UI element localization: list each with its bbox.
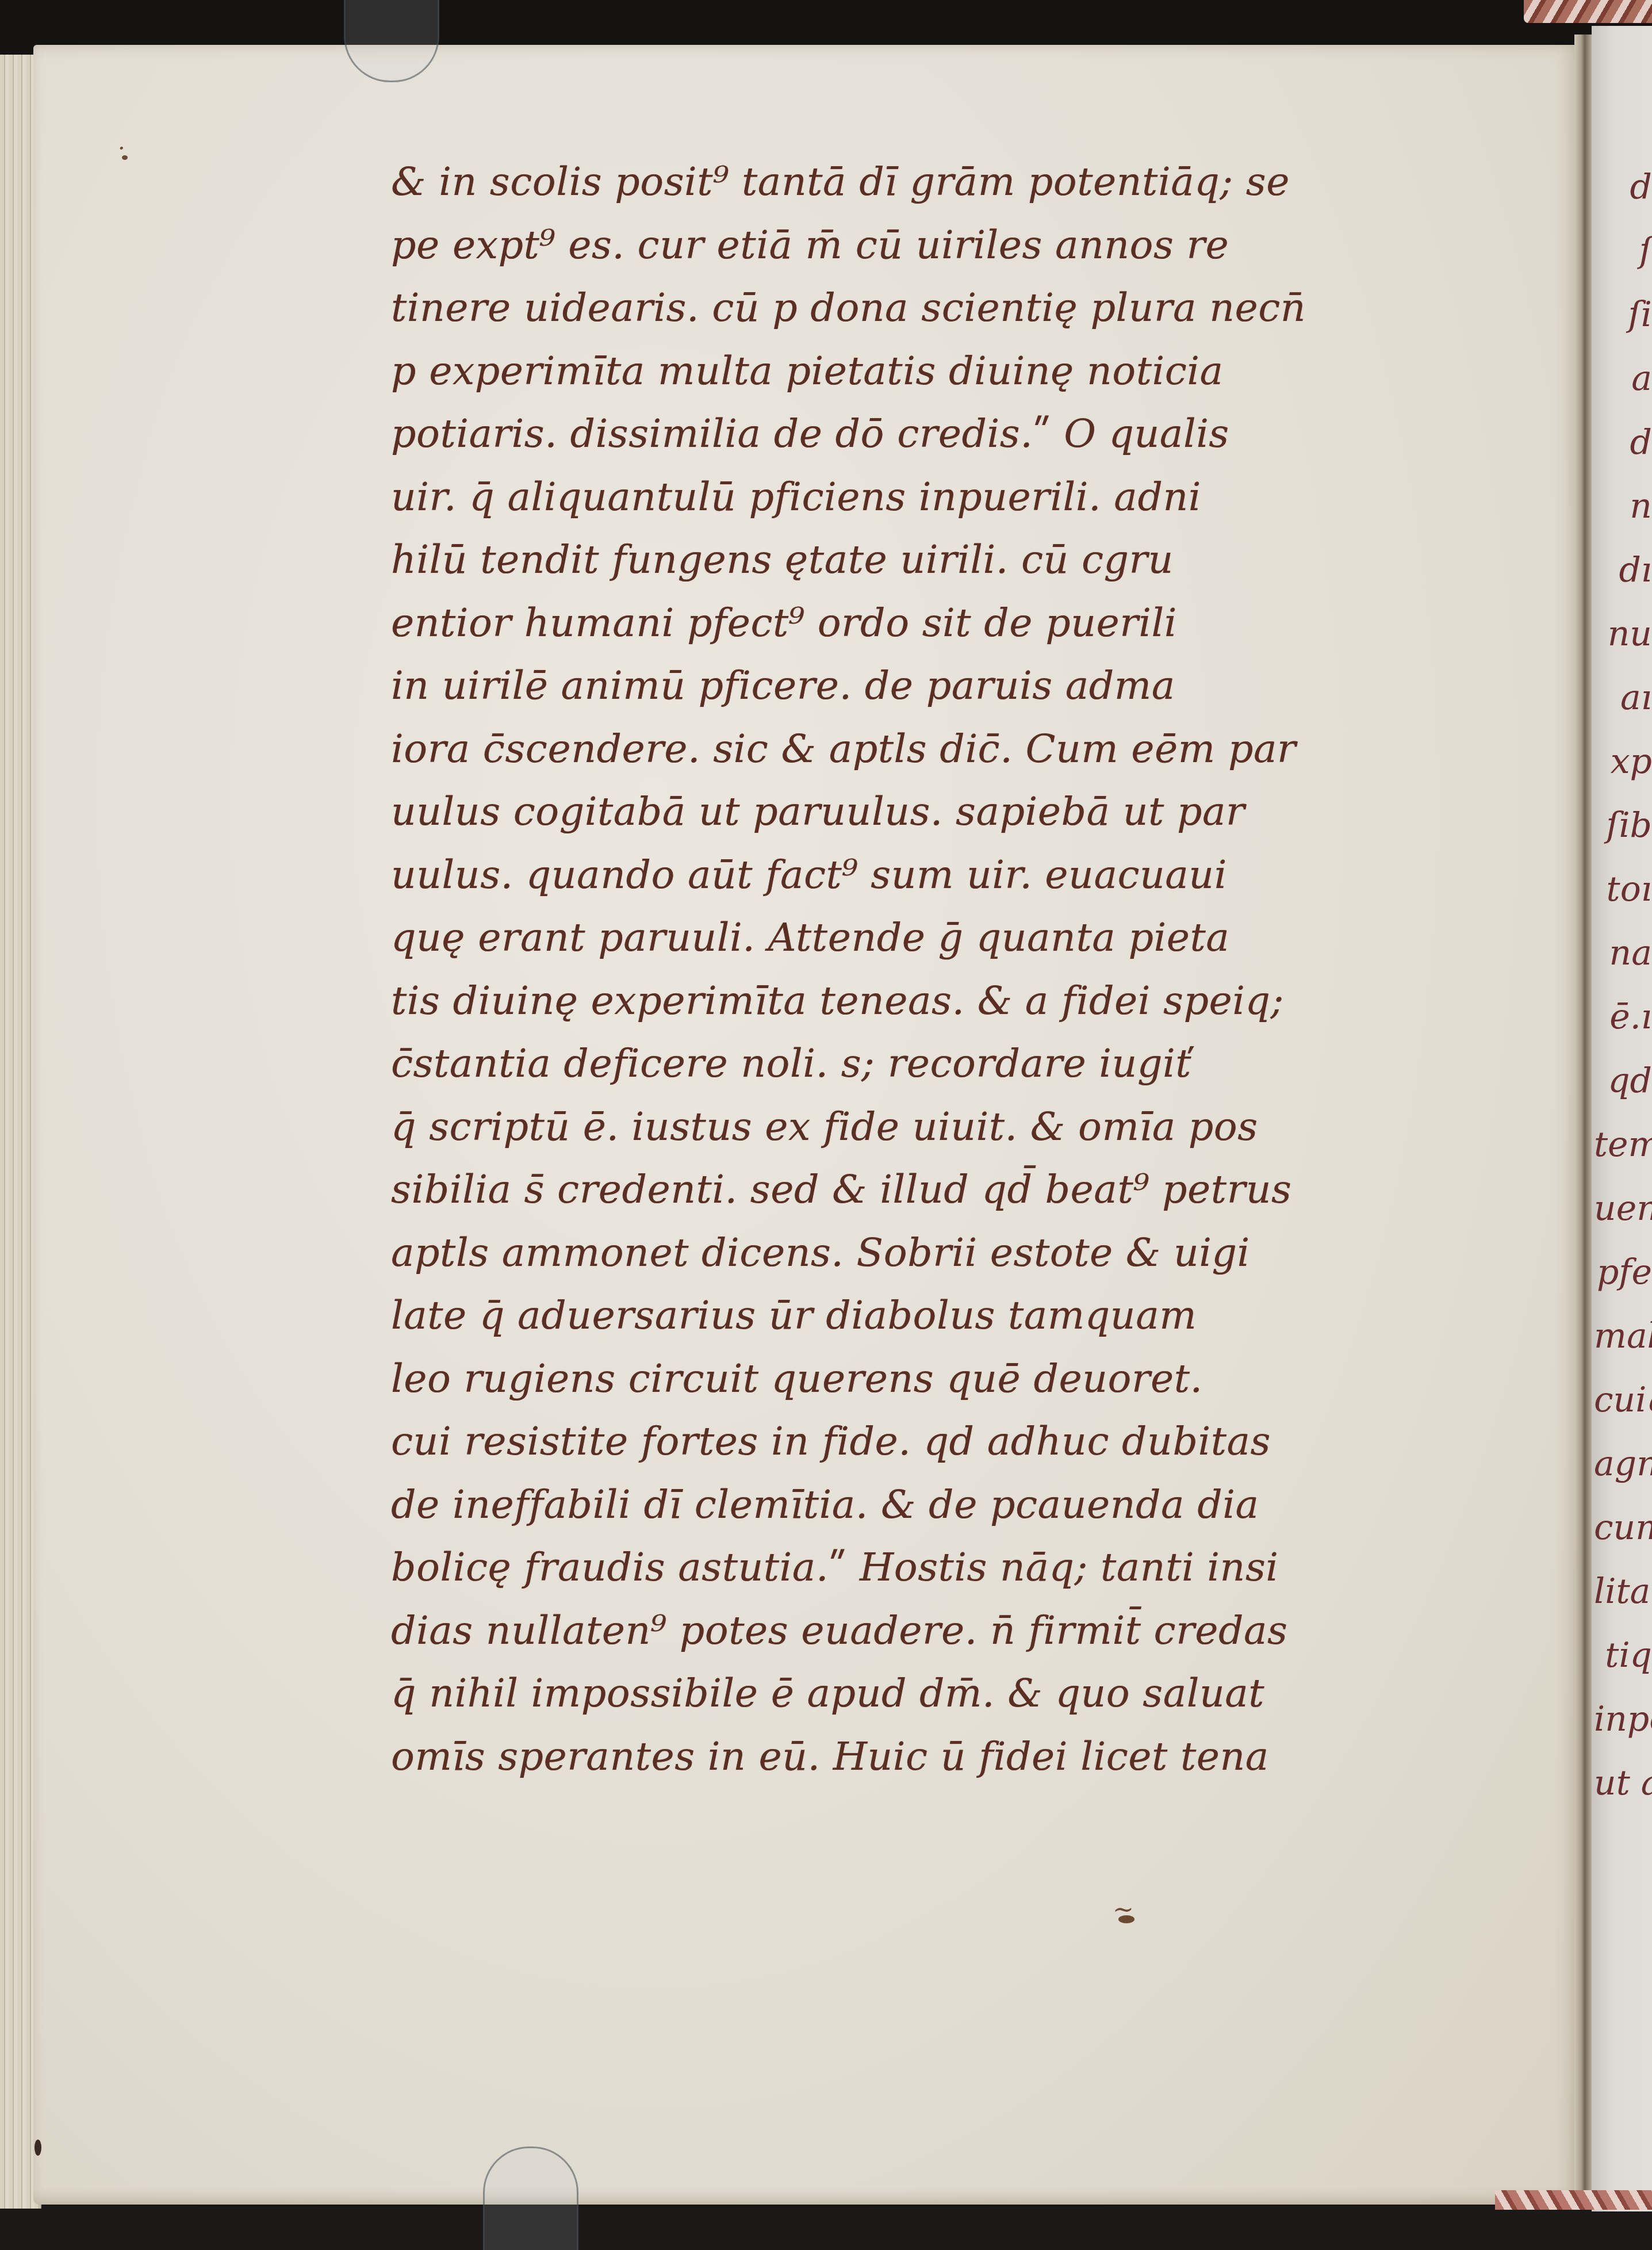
text-line-11: uulus cogitabā ut paruulus. sapiebā ut p…	[391, 780, 1472, 844]
text-line-1: & in scolis posit⁹ tantā dī grām potenti…	[391, 151, 1472, 214]
headband-bottom	[1495, 2190, 1652, 2210]
facing-fragment: ſi	[1594, 283, 1652, 347]
text-line-18: aptls ammonet dicens. Sobrii estote & ui…	[391, 1222, 1472, 1285]
facing-fragment: d	[1594, 155, 1652, 219]
facing-fragment: ſib	[1594, 794, 1652, 858]
facing-fragment: nu	[1594, 602, 1652, 666]
text-line-14: tis diuinę experimīta teneas. & a fidei …	[391, 970, 1472, 1033]
text-line-10: iora c̄scendere. sic & aptls dic̄. Cum e…	[391, 718, 1472, 781]
background-bottom-band	[0, 2206, 1652, 2250]
facing-fragment: litai	[1594, 1560, 1652, 1624]
text-line-24: dias nullaten⁹ potes euadere. n̄ firmit̄…	[391, 1600, 1472, 1663]
facing-fragment: uen	[1594, 1177, 1652, 1241]
text-line-15: c̄stantia deficere noli. s; recordare iu…	[391, 1032, 1472, 1096]
text-line-13: quę erant paruuli. Attende ḡ quanta piet…	[391, 906, 1472, 970]
facing-page-text-fragments: d ſ ſi a d n dı nu aı xp ſib toı na ē.ı …	[1594, 155, 1652, 1815]
facing-fragment: xp	[1594, 730, 1652, 794]
glass-page-clip-bottom	[483, 2146, 578, 2250]
headband-top	[1524, 0, 1652, 23]
facing-fragment: ſ	[1594, 219, 1652, 283]
facing-fragment: a	[1594, 347, 1652, 411]
facing-fragment: ē.ı	[1594, 985, 1652, 1049]
book-gutter	[1574, 35, 1592, 2209]
background-top-band	[0, 0, 1652, 52]
text-line-7: hilū tendit fungens ętate uirili. cū cgr…	[391, 529, 1472, 592]
ink-blot-left-margin	[35, 2140, 41, 2156]
text-line-25: q̄ nihil impossibile ē apud dm̄. & quo s…	[391, 1662, 1472, 1725]
text-line-3: tinere uidearis. cū p dona scientię plur…	[391, 277, 1472, 340]
text-line-22: de ineffabili dī clemītia. & de pcauenda…	[391, 1474, 1472, 1537]
margin-mark-bottom: ~	[1113, 1895, 1134, 1924]
text-line-2: pe expt⁹ es. cur etiā m̄ cū uiriles anno…	[391, 214, 1472, 277]
main-text-block: & in scolis posit⁹ tantā dī grām potenti…	[391, 151, 1472, 1788]
facing-fragment: cum	[1594, 1496, 1652, 1560]
facing-fragment: inpo	[1594, 1687, 1652, 1751]
text-line-9: in uirilē animū pficere. de paruis adma	[391, 655, 1472, 718]
margin-dot-top-left: ·	[118, 135, 125, 162]
text-line-5: potiaris. dissimilia de dō credis.ʺ O qu…	[391, 403, 1472, 466]
facing-fragment: d	[1594, 411, 1652, 475]
facing-fragment: tiq	[1594, 1624, 1652, 1687]
text-line-20: leo rugiens circuit querens quē deuoret.	[391, 1348, 1472, 1411]
facing-fragment: qd	[1594, 1049, 1652, 1113]
facing-fragment: cuiq	[1594, 1368, 1652, 1432]
facing-fragment: n	[1594, 475, 1652, 538]
text-line-16: q̄ scriptū ē. iustus ex fide uiuit. & om…	[391, 1096, 1472, 1159]
facing-fragment: toı	[1594, 858, 1652, 921]
text-line-4: p experimīta multa pietatis diuinę notic…	[391, 340, 1472, 403]
text-line-17: sibilia s̄ credenti. sed & illud qd̄ bea…	[391, 1158, 1472, 1222]
facing-fragment: dı	[1594, 538, 1652, 602]
text-line-26: omīs sperantes in eū. Huic ū fidei licet…	[391, 1725, 1472, 1789]
text-line-23: bolicę fraudis astutia.ʺ Hostis nāq; tan…	[391, 1536, 1472, 1600]
text-line-19: late q̄ aduersarius ūr diabolus tamquam	[391, 1284, 1472, 1348]
facing-fragment: ut a	[1594, 1751, 1652, 1815]
facing-fragment: mal	[1594, 1304, 1652, 1368]
text-line-21: cui resistite fortes in fide. qd adhuc d…	[391, 1410, 1472, 1474]
facing-fragment: na	[1594, 921, 1652, 985]
text-line-8: entior humani pfect⁹ ordo sit de puerili	[391, 592, 1472, 655]
facing-fragment: agn	[1594, 1432, 1652, 1496]
facing-fragment: aı	[1594, 666, 1652, 730]
facing-fragment: tem	[1594, 1113, 1652, 1177]
text-line-6: uir. q̄ aliquantulū pficiens inpuerili. …	[391, 466, 1472, 529]
facing-fragment: pfe	[1594, 1241, 1652, 1304]
text-line-12: uulus. quando aūt fact⁹ sum uir. euacuau…	[391, 844, 1472, 907]
